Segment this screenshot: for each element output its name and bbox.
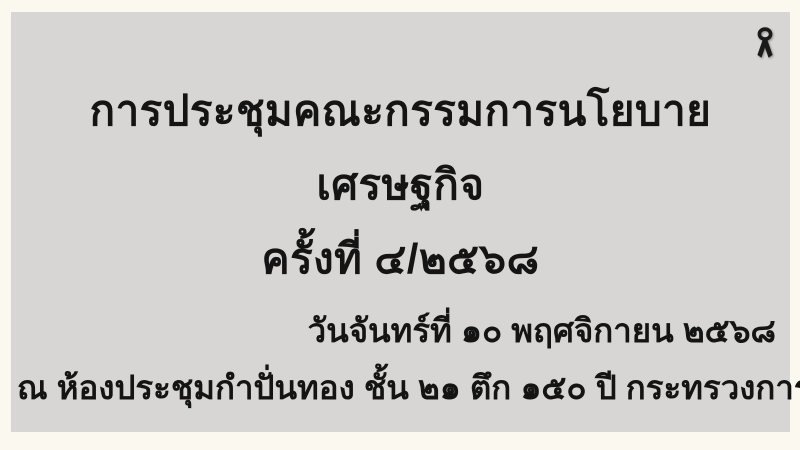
meeting-venue: ณ ห้องประชุมกำปั่นทอง ชั้น ๒๑ ตึก ๑๕๐ ปี…: [17, 359, 776, 416]
meeting-title: การประชุมคณะกรรมการนโยบายเศรษฐกิจ ครั้งท…: [11, 74, 790, 296]
slide-panel: การประชุมคณะกรรมการนโยบายเศรษฐกิจ ครั้งท…: [11, 12, 790, 432]
meeting-title-line2: ครั้งที่ ๔/๒๕๖๘: [11, 222, 790, 296]
meeting-details: วันจันทร์ที่ ๑๐ พฤศจิกายน ๒๕๖๘ ณ ห้องประ…: [17, 302, 776, 416]
meeting-title-line1: การประชุมคณะกรรมการนโยบายเศรษฐกิจ: [11, 74, 790, 222]
meeting-date: วันจันทร์ที่ ๑๐ พฤศจิกายน ๒๕๖๘: [17, 302, 776, 359]
page-background: การประชุมคณะกรรมการนโยบายเศรษฐกิจ ครั้งท…: [0, 0, 800, 450]
mourning-ribbon-icon: [753, 26, 777, 63]
